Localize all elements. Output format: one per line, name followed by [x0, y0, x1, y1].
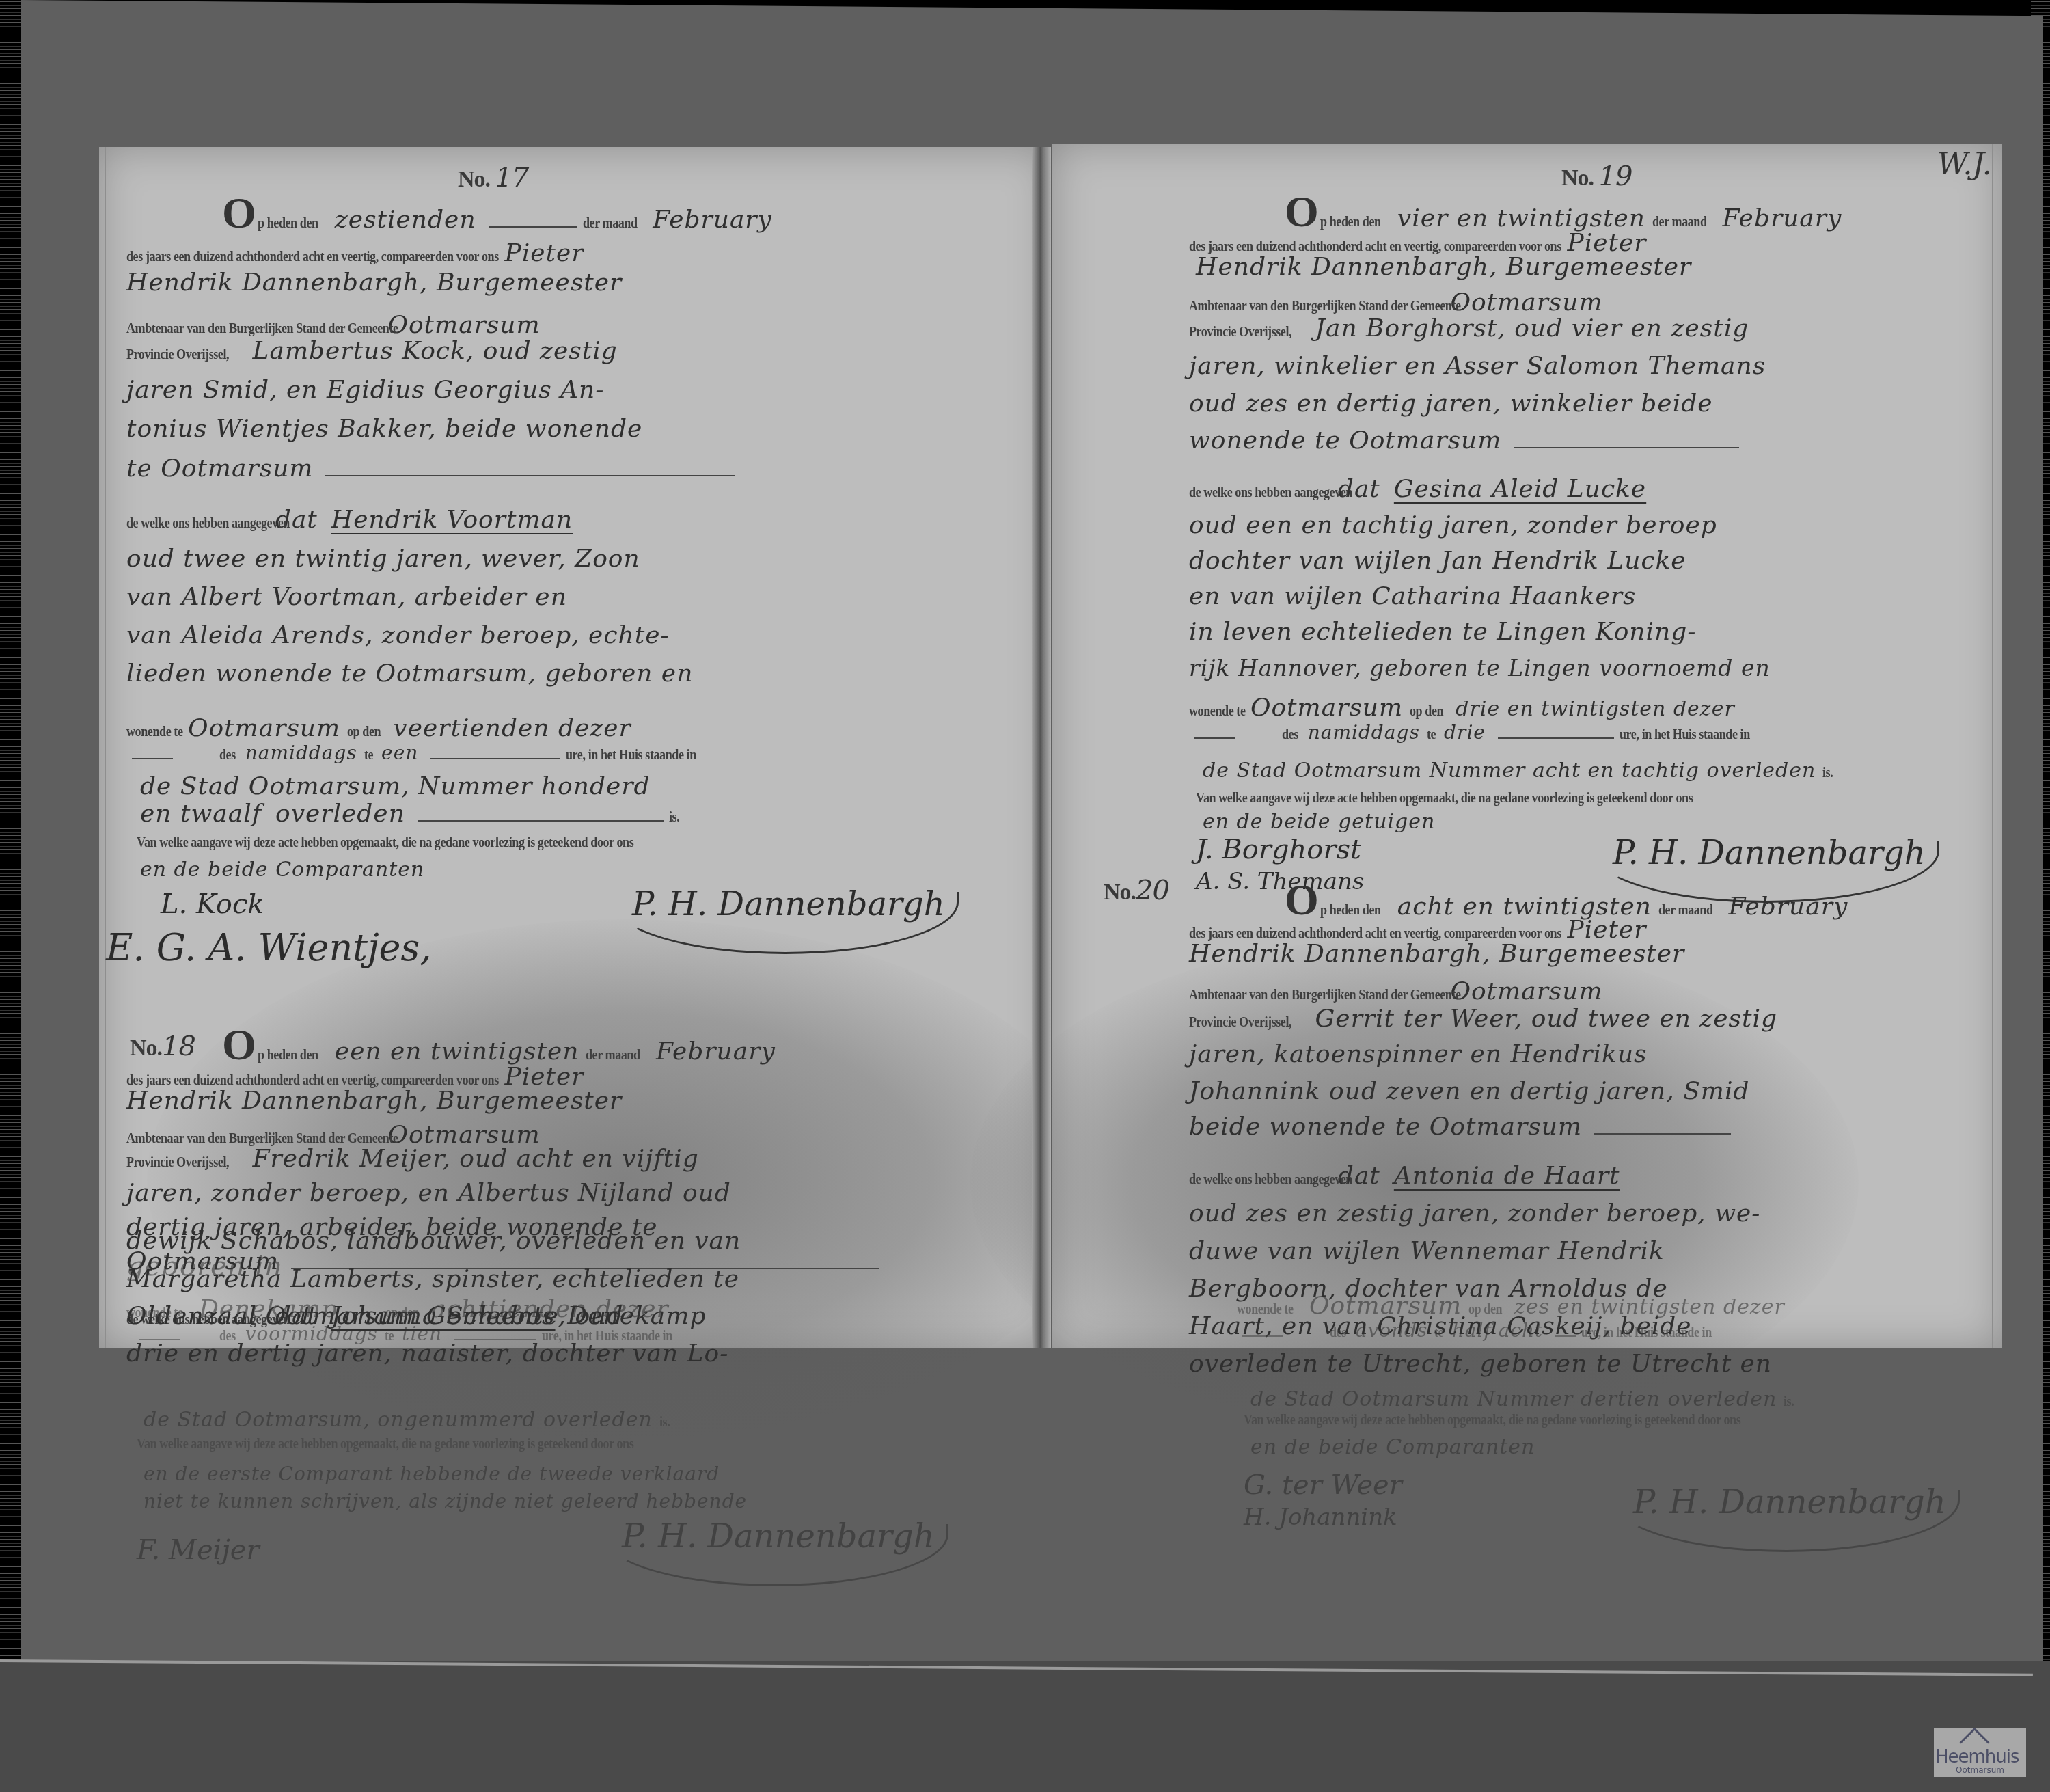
official-signature: P. H. Dannenbargh [1633, 1483, 1946, 1521]
heemhuis-watermark-logo: Heemhuis Ootmarsum [1934, 1728, 2026, 1777]
book-gutter [1032, 147, 1051, 1348]
death-record-18-footer: geboren in wonende te Denekamp op den ac… [0, 0, 2050, 1792]
witness-signature: G. ter Weer [1244, 1469, 1402, 1501]
witness-signature: F. Meijer [137, 1534, 260, 1566]
witness-signature: H. Johannink [1244, 1504, 1397, 1531]
official-signature: P. H. Dannenbargh [622, 1517, 935, 1556]
